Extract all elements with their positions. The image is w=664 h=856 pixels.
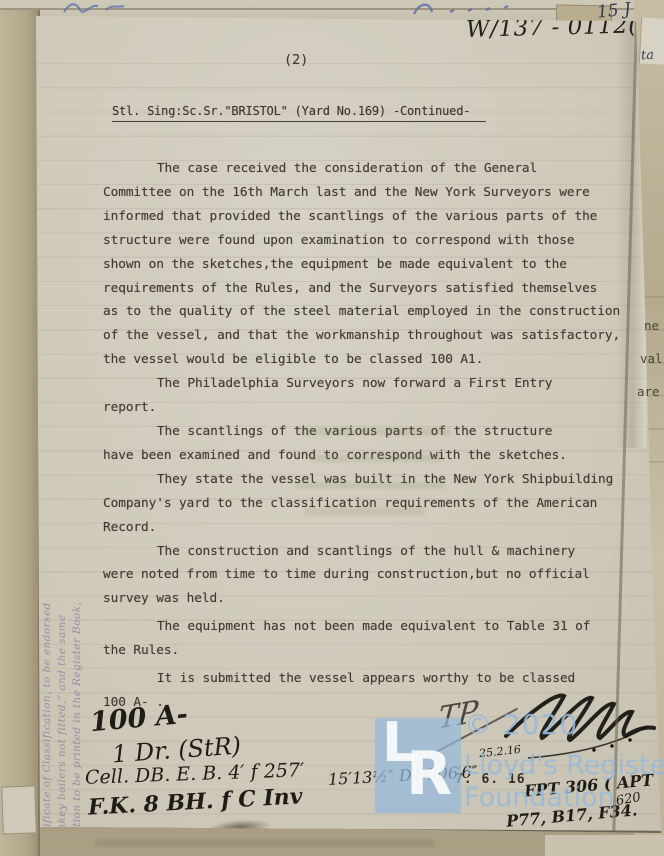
- blue-ink-squiggle: [408, 0, 524, 18]
- background-sheet-bottom: [545, 835, 664, 856]
- blue-ink-squiggle: [60, 0, 130, 16]
- scanned-document-photo: 15 J ta W/137 - 0112(2/2) (2) Stl. Sing:…: [0, 0, 664, 856]
- typed-line: The case received the consideration of t…: [103, 157, 648, 181]
- typed-line: report.: [103, 396, 648, 420]
- ink-smudge: [208, 818, 273, 836]
- date-stamp: 7. 6. 16: [455, 772, 526, 787]
- handwriting-fragment-side: ta: [640, 48, 654, 64]
- typed-line: Record.: [103, 516, 648, 540]
- stamp-line: “Donkey boilers not fitted,” and the sam…: [55, 520, 70, 852]
- stamp-line: notation to be printed in the Register B…: [70, 520, 85, 852]
- typed-fragment: val: [640, 351, 663, 366]
- ink-bleed-through: [300, 428, 450, 435]
- typed-line: of the vessel, and that the workmanship …: [103, 324, 648, 348]
- ink-bleed-through: [310, 455, 440, 462]
- typed-line: requirements of the Rules, and the Surve…: [103, 277, 648, 301]
- typed-fragment: are: [637, 384, 660, 399]
- signature-scrawl: [498, 686, 660, 764]
- typed-line: as to the quality of the steel material …: [103, 300, 648, 324]
- handwriting-fragment-top: 15 J: [596, 0, 632, 23]
- typed-fragment: ne: [644, 318, 659, 333]
- document-page: W/137 - 0112(2/2) (2) Stl. Sing:Sc.Sr."B…: [0, 0, 664, 856]
- typed-line: structure were found upon examination to…: [103, 229, 648, 253]
- background-corner-fold: [1, 785, 37, 834]
- typed-line: Committee on the 16th March last and the…: [103, 181, 648, 205]
- typed-line: shown on the sketches,the equipment be m…: [103, 253, 648, 277]
- typed-line: The construction and scantlings of the h…: [103, 540, 648, 564]
- typed-line: the Rules.: [103, 639, 648, 663]
- ink-bleed-through: [95, 839, 435, 847]
- typed-line: The equipment has not been made equivale…: [103, 615, 648, 639]
- document-heading: Stl. Sing:Sc.Sr."BRISTOL" (Yard No.169) …: [112, 104, 486, 122]
- stamp-line: Certificate of Classification, to be end…: [40, 520, 55, 852]
- ink-bleed-through: [305, 508, 425, 515]
- typed-line: survey was held.: [103, 587, 648, 611]
- typed-line: the vessel would be eligible to be class…: [103, 348, 648, 372]
- background-sheet-left: [0, 10, 40, 856]
- typed-body-text: The case received the consideration of t…: [103, 157, 648, 715]
- margin-stamp-rotated: Certificate of Classification, to be end…: [40, 520, 85, 852]
- typed-line: The Philadelphia Surveyors now forward a…: [103, 372, 648, 396]
- ink-bleed-through: [295, 482, 445, 489]
- typed-line: informed that provided the scantlings of…: [103, 205, 648, 229]
- page-number: (2): [284, 52, 308, 68]
- typed-line: were noted from time to time during cons…: [103, 563, 648, 587]
